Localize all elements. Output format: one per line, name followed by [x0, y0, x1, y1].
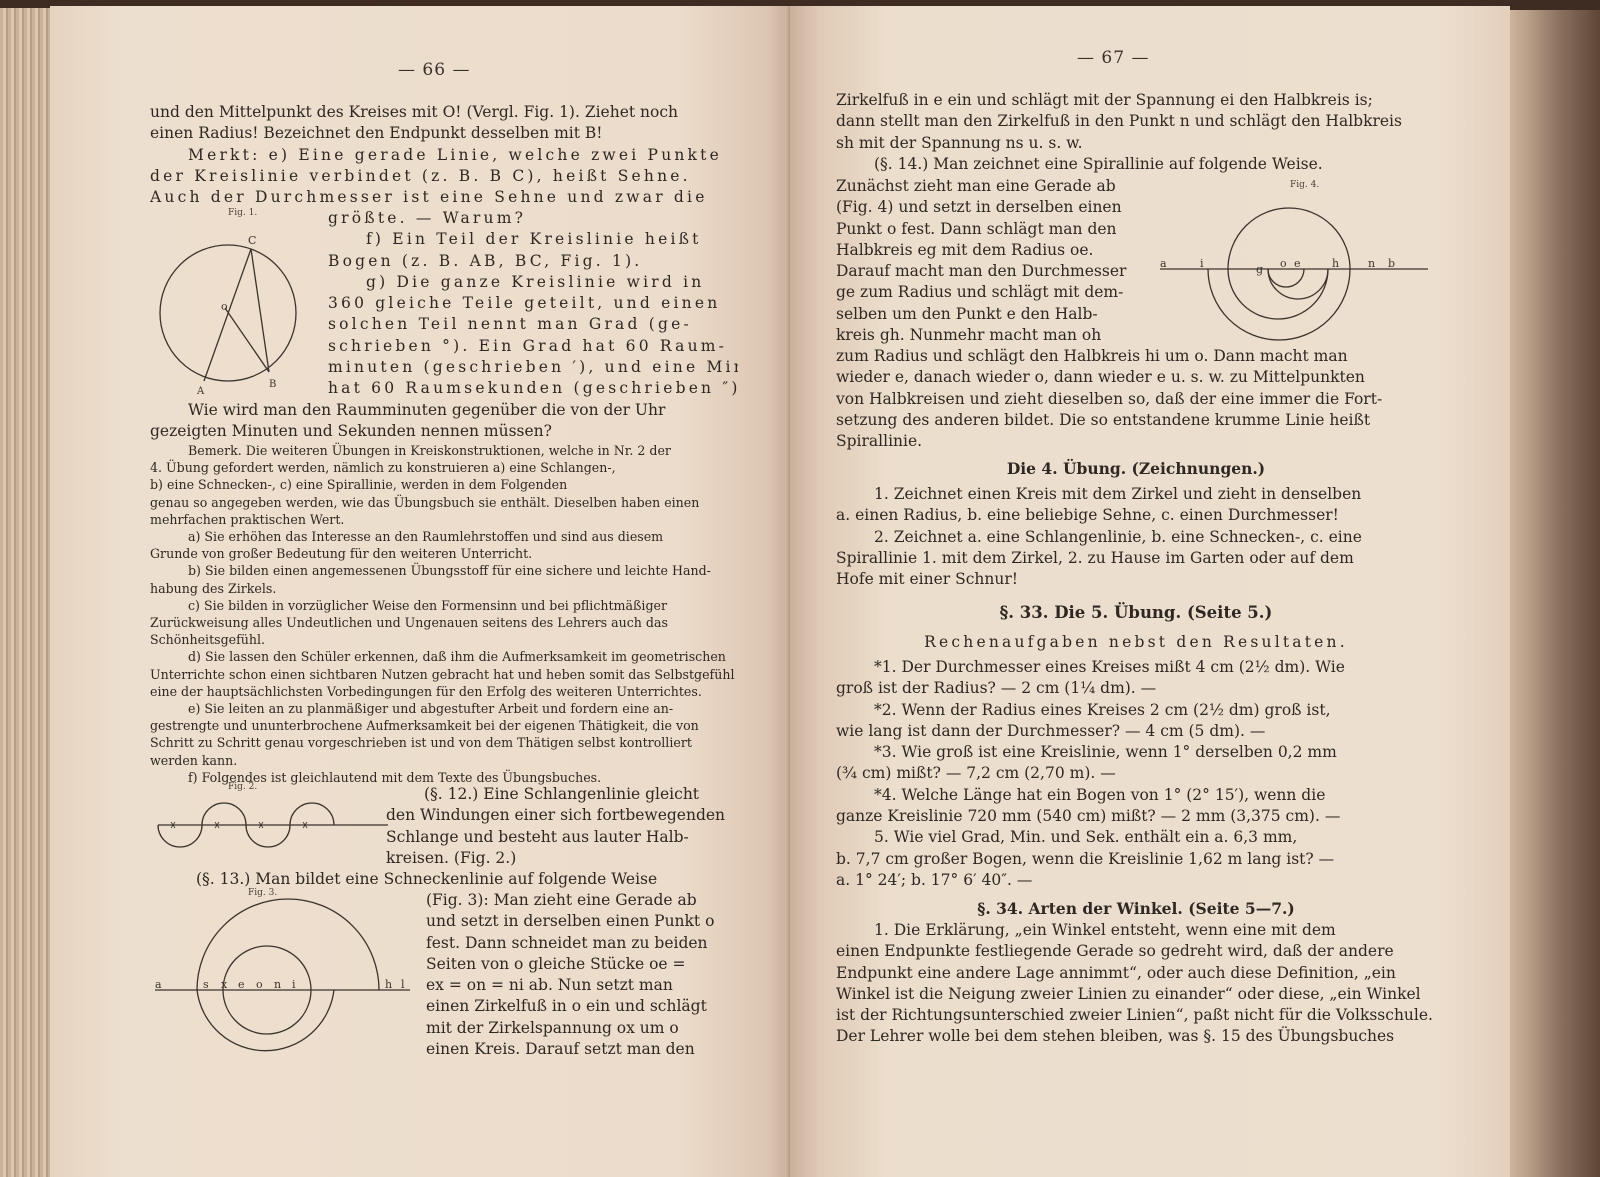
- text-line: f) Ein Teil der Kreislinie heißt: [328, 229, 738, 250]
- text-line: fest. Dann schneidet man zu beiden: [426, 933, 736, 954]
- fig4-label-i: i: [1200, 257, 1204, 270]
- section-34-paragraph: 1. Die Erklärung, „ein Winkel entsteht, …: [836, 920, 1436, 1048]
- subheading-section-33: Rechenaufgaben nebst den Resultaten.: [836, 632, 1436, 653]
- fig4-label-a: a: [1160, 257, 1167, 270]
- text-line: sh mit der Spannung ns u. s. w.: [836, 133, 1436, 154]
- remark-paragraph: Bemerk. Die weiteren Übungen in Kreiskon…: [150, 442, 735, 786]
- text-line: c) Sie bilden in vorzüglicher Weise den …: [150, 597, 735, 614]
- text-line: hat 60 Raumsekunden (geschrieben ″).: [328, 378, 738, 399]
- fig3-label-a: a: [155, 978, 162, 991]
- text-line: 1. Zeichnet einen Kreis mit dem Zirkel u…: [836, 484, 1436, 505]
- text-line: minuten (geschrieben ′), und eine Minute: [328, 357, 738, 378]
- fig1-label-o: o: [221, 300, 228, 313]
- fig3-label-x: x: [221, 978, 228, 991]
- text-line: 1. Die Erklärung, „ein Winkel entsteht, …: [836, 920, 1436, 941]
- text-line: Der Lehrer wolle bei dem stehen bleiben,…: [836, 1026, 1436, 1047]
- text-line: (§. 12.) Eine Schlangenlinie gleicht: [386, 784, 736, 805]
- exercise-5-items: *1. Der Durchmesser eines Kreises mißt 4…: [836, 657, 1436, 891]
- right-top-paragraph: Zirkelfuß in e ein und schlägt mit der S…: [836, 90, 1436, 175]
- question-paragraph: Wie wird man den Raumminuten gegenüber d…: [150, 400, 735, 443]
- text-line: wie lang ist dann der Durchmesser? — 4 c…: [836, 721, 1436, 742]
- page-number-right: — 67 —: [1077, 48, 1149, 68]
- text-line: genau so angegeben werden, wie das Übung…: [150, 494, 735, 511]
- fig1-caption: Fig. 1.: [228, 208, 257, 218]
- text-line: Zurückweisung alles Undeutlichen und Ung…: [150, 614, 735, 631]
- text-line: Halbkreis eg mit dem Radius oe.: [836, 240, 1154, 261]
- fig3-label-s: s: [203, 978, 209, 991]
- text-line: den Windungen einer sich fortbewegenden: [386, 805, 736, 826]
- text-line: 4. Übung gefordert werden, nämlich zu ko…: [150, 459, 735, 476]
- text-line: kreis gh. Nunmehr macht man oh: [836, 325, 1154, 346]
- spiral-continuation: zum Radius und schlägt den Halbkreis hi …: [836, 346, 1436, 452]
- fig4-label-e: e: [1294, 257, 1301, 270]
- text-line: Darauf macht man den Durchmesser: [836, 261, 1154, 282]
- exercise-4-items: 1. Zeichnet einen Kreis mit dem Zirkel u…: [836, 484, 1436, 590]
- text-line: (Fig. 4) und setzt in derselben einen: [836, 197, 1154, 218]
- text-line: groß ist der Radius? — 2 cm (1¼ dm). —: [836, 678, 1436, 699]
- text-line: Spirallinie.: [836, 431, 1436, 452]
- text-line: einen Endpunkte festliegende Gerade so g…: [836, 941, 1436, 962]
- text-line: Auch der Durchmesser ist eine Sehne und …: [150, 187, 735, 208]
- text-line: schrieben °). Ein Grad hat 60 Raum-: [328, 336, 738, 357]
- heading-text: §. 33. Die 5. Übung. (Seite 5.): [836, 602, 1436, 623]
- text-line: setzung des anderen bildet. Die so entst…: [836, 410, 1436, 431]
- text-line: (§. 14.) Man zeichnet eine Spirallinie a…: [836, 154, 1436, 175]
- text-line: eine der hauptsächlichsten Vorbedingunge…: [150, 683, 735, 700]
- fig3-label-o: o: [256, 978, 263, 991]
- fig3-label-l: l: [401, 978, 405, 991]
- figure-2-serpentine-line: [158, 795, 388, 865]
- text-line: Schlange und besteht aus lauter Halb-: [386, 827, 736, 848]
- text-line: gestrengte und ununterbrochene Aufmerksa…: [150, 717, 735, 734]
- text-line: wieder e, danach wieder o, dann wieder e…: [836, 367, 1436, 388]
- text-line: Zirkelfuß in e ein und schlägt mit der S…: [836, 90, 1436, 111]
- heading-text: §. 34. Arten der Winkel. (Seite 5—7.): [836, 898, 1436, 919]
- text-line: *3. Wie groß ist eine Kreislinie, wenn 1…: [836, 742, 1436, 763]
- text-line: einen Radius! Bezeichnet den Endpunkt de…: [150, 123, 735, 144]
- text-line: Unterrichte schon einen sichtbaren Nutze…: [150, 666, 735, 683]
- page-edges-right: [1500, 10, 1600, 1177]
- text-line: b. 7,7 cm großer Bogen, wenn die Kreisli…: [836, 849, 1436, 870]
- text-line: e) Sie leiten an zu planmäßiger und abge…: [150, 700, 735, 717]
- text-line: dann stellt man den Zirkelfuß in den Pun…: [836, 111, 1436, 132]
- text-line: *2. Wenn der Radius eines Kreises 2 cm (…: [836, 700, 1436, 721]
- fig3-label-n: n: [274, 978, 281, 991]
- text-line: d) Sie lassen den Schüler erkennen, daß …: [150, 648, 735, 665]
- left-top-paragraph: und den Mittelpunkt des Kreises mit O! (…: [150, 102, 735, 208]
- fig1-label-c: C: [248, 234, 256, 247]
- text-line: a. einen Radius, b. eine beliebige Sehne…: [836, 505, 1436, 526]
- text-line: g) Die ganze Kreislinie wird in: [328, 272, 738, 293]
- text-line: Bemerk. Die weiteren Übungen in Kreiskon…: [150, 442, 735, 459]
- text-line: Endpunkt eine andere Lage annimmt“, oder…: [836, 963, 1436, 984]
- s12-paragraph: (§. 12.) Eine Schlangenlinie gleicht den…: [386, 784, 736, 869]
- text-line: der Kreislinie verbindet (z. B. B C), he…: [150, 166, 735, 187]
- fig3-caption: Fig. 3.: [248, 888, 277, 898]
- page-edges-left: [0, 8, 52, 1177]
- fig4-caption: Fig. 4.: [1290, 180, 1319, 190]
- text-line: Schönheitsgefühl.: [150, 631, 735, 648]
- fig2-caption: Fig. 2.: [228, 782, 257, 792]
- text-line: mehrfachen praktischen Wert.: [150, 511, 735, 528]
- text-line: Seiten von o gleiche Stücke oe =: [426, 954, 736, 975]
- text-line: Punkt o fest. Dann schlägt man den: [836, 219, 1154, 240]
- text-line: kreisen. (Fig. 2.): [386, 848, 736, 869]
- fig4-label-o: o: [1280, 257, 1287, 270]
- text-line: Grunde von großer Bedeutung für den weit…: [150, 545, 735, 562]
- text-line: gezeigten Minuten und Sekunden nennen mü…: [150, 421, 735, 442]
- text-line: einen Kreis. Darauf setzt man den: [426, 1039, 736, 1060]
- text-line: solchen Teil nennt man Grad (ge-: [328, 314, 738, 335]
- figure-1-circle-diagram: C o A B: [155, 240, 305, 390]
- text-line: Wie wird man den Raumminuten gegenüber d…: [150, 400, 735, 421]
- text-line: einen Zirkelfuß in o ein und schlägt: [426, 996, 736, 1017]
- text-line: b) Sie bilden einen angemessenen Übungss…: [150, 562, 735, 579]
- text-line: größte. — Warum?: [328, 208, 738, 229]
- text-line: b) eine Schnecken-, c) eine Spirallinie,…: [150, 476, 735, 493]
- text-line: *4. Welche Länge hat ein Bogen von 1° (2…: [836, 785, 1436, 806]
- text-line: und setzt in derselben einen Punkt o: [426, 911, 736, 932]
- page-number-left: — 66 —: [398, 60, 470, 80]
- s14-paragraph: Zunächst zieht man eine Gerade ab (Fig. …: [836, 176, 1154, 346]
- text-line: a. 1° 24′; b. 17° 6′ 40″. —: [836, 870, 1436, 891]
- s13-paragraph: (Fig. 3): Man zieht eine Gerade ab und s…: [426, 890, 736, 1060]
- fig1-label-a: A: [196, 386, 205, 397]
- text-line: ex = on = ni ab. Nun setzt man: [426, 975, 736, 996]
- text-line: 2. Zeichnet a. eine Schlangenlinie, b. e…: [836, 527, 1436, 548]
- text-line: habung des Zirkels.: [150, 580, 735, 597]
- text-line: 5. Wie viel Grad, Min. und Sek. enthält …: [836, 827, 1436, 848]
- text-line: a) Sie erhöhen das Interesse an den Raum…: [150, 528, 735, 545]
- fig1-side-text: größte. — Warum? f) Ein Teil der Kreisli…: [328, 208, 738, 400]
- text-line: ganze Kreislinie 720 mm (540 cm) mißt? —…: [836, 806, 1436, 827]
- text-line: Merkt: e) Eine gerade Linie, welche zwei…: [150, 145, 735, 166]
- text-line: ist der Richtungsunterschied zweier Lini…: [836, 1005, 1436, 1026]
- heading-section-33: §. 33. Die 5. Übung. (Seite 5.): [836, 602, 1436, 623]
- fig4-label-g: g: [1256, 263, 1263, 276]
- fig1-label-b: B: [269, 379, 276, 390]
- text-line: und den Mittelpunkt des Kreises mit O! (…: [150, 102, 735, 123]
- text-line: (¾ cm) mißt? — 7,2 cm (2,70 m). —: [836, 763, 1436, 784]
- fig3-label-e: e: [238, 978, 245, 991]
- heading-exercise-4: Die 4. Übung. (Zeichnungen.): [836, 458, 1436, 479]
- open-book: — 66 — und den Mittelpunkt des Kreises m…: [0, 0, 1600, 1177]
- text-line: Hofe mit einer Schnur!: [836, 569, 1436, 590]
- fig4-label-h: h: [1332, 257, 1339, 270]
- text-line: Winkel ist die Neigung zweier Linien zu …: [836, 984, 1436, 1005]
- figure-3-snail-line: a s x e o n i h l: [155, 900, 415, 1070]
- text-line: von Halbkreisen und zieht dieselben so, …: [836, 389, 1436, 410]
- text-line: *1. Der Durchmesser eines Kreises mißt 4…: [836, 657, 1436, 678]
- figure-4-spiral-line: a i g o e h n b: [1160, 195, 1430, 345]
- text-line: (Fig. 3): Man zieht eine Gerade ab: [426, 890, 736, 911]
- text-line: ge zum Radius und schlägt mit dem-: [836, 282, 1154, 303]
- text-line: 360 gleiche Teile geteilt, und einen: [328, 293, 738, 314]
- text-line: mit der Zirkelspannung ox um o: [426, 1018, 736, 1039]
- fig4-label-n: n: [1368, 257, 1375, 270]
- text-line: Bogen (z. B. AB, BC, Fig. 1).: [328, 251, 738, 272]
- fig3-label-i: i: [292, 978, 296, 991]
- fig3-label-h: h: [385, 978, 392, 991]
- text-line: Spirallinie 1. mit dem Zirkel, 2. zu Hau…: [836, 548, 1436, 569]
- text-line: zum Radius und schlägt den Halbkreis hi …: [836, 346, 1436, 367]
- heading-text: Rechenaufgaben nebst den Resultaten.: [836, 632, 1436, 653]
- fig4-label-b: b: [1388, 257, 1395, 270]
- text-line: selben um den Punkt e den Halb-: [836, 304, 1154, 325]
- text-line: Zunächst zieht man eine Gerade ab: [836, 176, 1154, 197]
- text-line: Schritt zu Schritt genau vorgeschrieben …: [150, 734, 735, 751]
- heading-text: Die 4. Übung. (Zeichnungen.): [836, 458, 1436, 479]
- heading-section-34: §. 34. Arten der Winkel. (Seite 5—7.): [836, 898, 1436, 919]
- text-line: werden kann.: [150, 752, 735, 769]
